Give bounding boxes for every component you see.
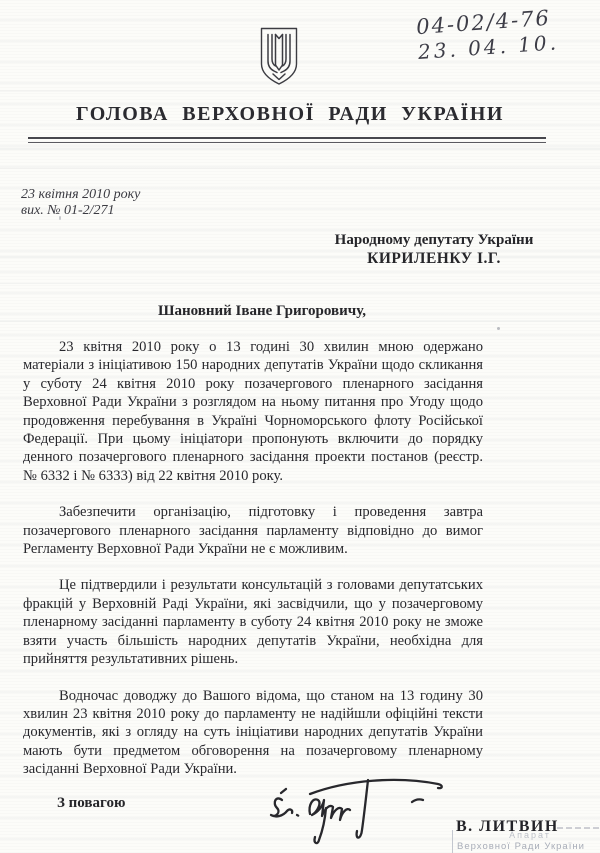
- letterhead-rule: [28, 137, 546, 143]
- handwritten-note: 04-02/4-76 23. 04. 10.: [415, 5, 563, 64]
- scan-dash-artifact: [557, 827, 599, 829]
- scan-streak: [0, 283, 600, 284]
- stamp-line-1: Апарат: [457, 830, 600, 840]
- recipient-name: КИРИЛЕНКУ І.Г.: [320, 250, 548, 268]
- signature-image: [252, 760, 462, 852]
- salutation: Шановний Іване Григоровичу,: [158, 303, 366, 320]
- ukraine-trident-emblem-icon: [258, 26, 300, 87]
- scan-speck: [497, 327, 500, 330]
- registration-stamp: Апарат Верховної Ради України: [452, 830, 600, 853]
- closing-regards: З повагою: [57, 795, 125, 812]
- scanned-letter-page: 04-02/4-76 23. 04. 10. ГОЛОВА ВЕРХОВНОЇ …: [0, 0, 600, 853]
- recipient-block: Народному депутату України КИРИЛЕНКУ І.Г…: [320, 231, 548, 268]
- scan-streak: [0, 90, 600, 92]
- letterhead-title: ГОЛОВА ВЕРХОВНОЇ РАДИ УКРАЇНИ: [30, 103, 550, 126]
- scan-streak: [0, 168, 600, 169]
- scan-streak: [0, 320, 600, 322]
- body-paragraph-1: 23 квітня 2010 року о 13 годині 30 хвили…: [23, 338, 483, 485]
- letter-date: 23 квітня 2010 року: [21, 187, 140, 203]
- reference-block: 23 квітня 2010 року вих. № 01-2/271: [21, 187, 140, 219]
- letter-body: 23 квітня 2010 року о 13 годині 30 хвили…: [23, 338, 483, 797]
- outgoing-number: вих. № 01-2/271: [21, 203, 140, 219]
- body-paragraph-2: Забезпечити організацію, підготовку і пр…: [23, 503, 483, 558]
- stamp-line-2: Верховної Ради України: [457, 841, 600, 852]
- recipient-position: Народному депутату України: [320, 231, 548, 249]
- body-paragraph-3: Це підтвердили і результати консультацій…: [23, 576, 483, 668]
- scan-streak: [0, 148, 600, 150]
